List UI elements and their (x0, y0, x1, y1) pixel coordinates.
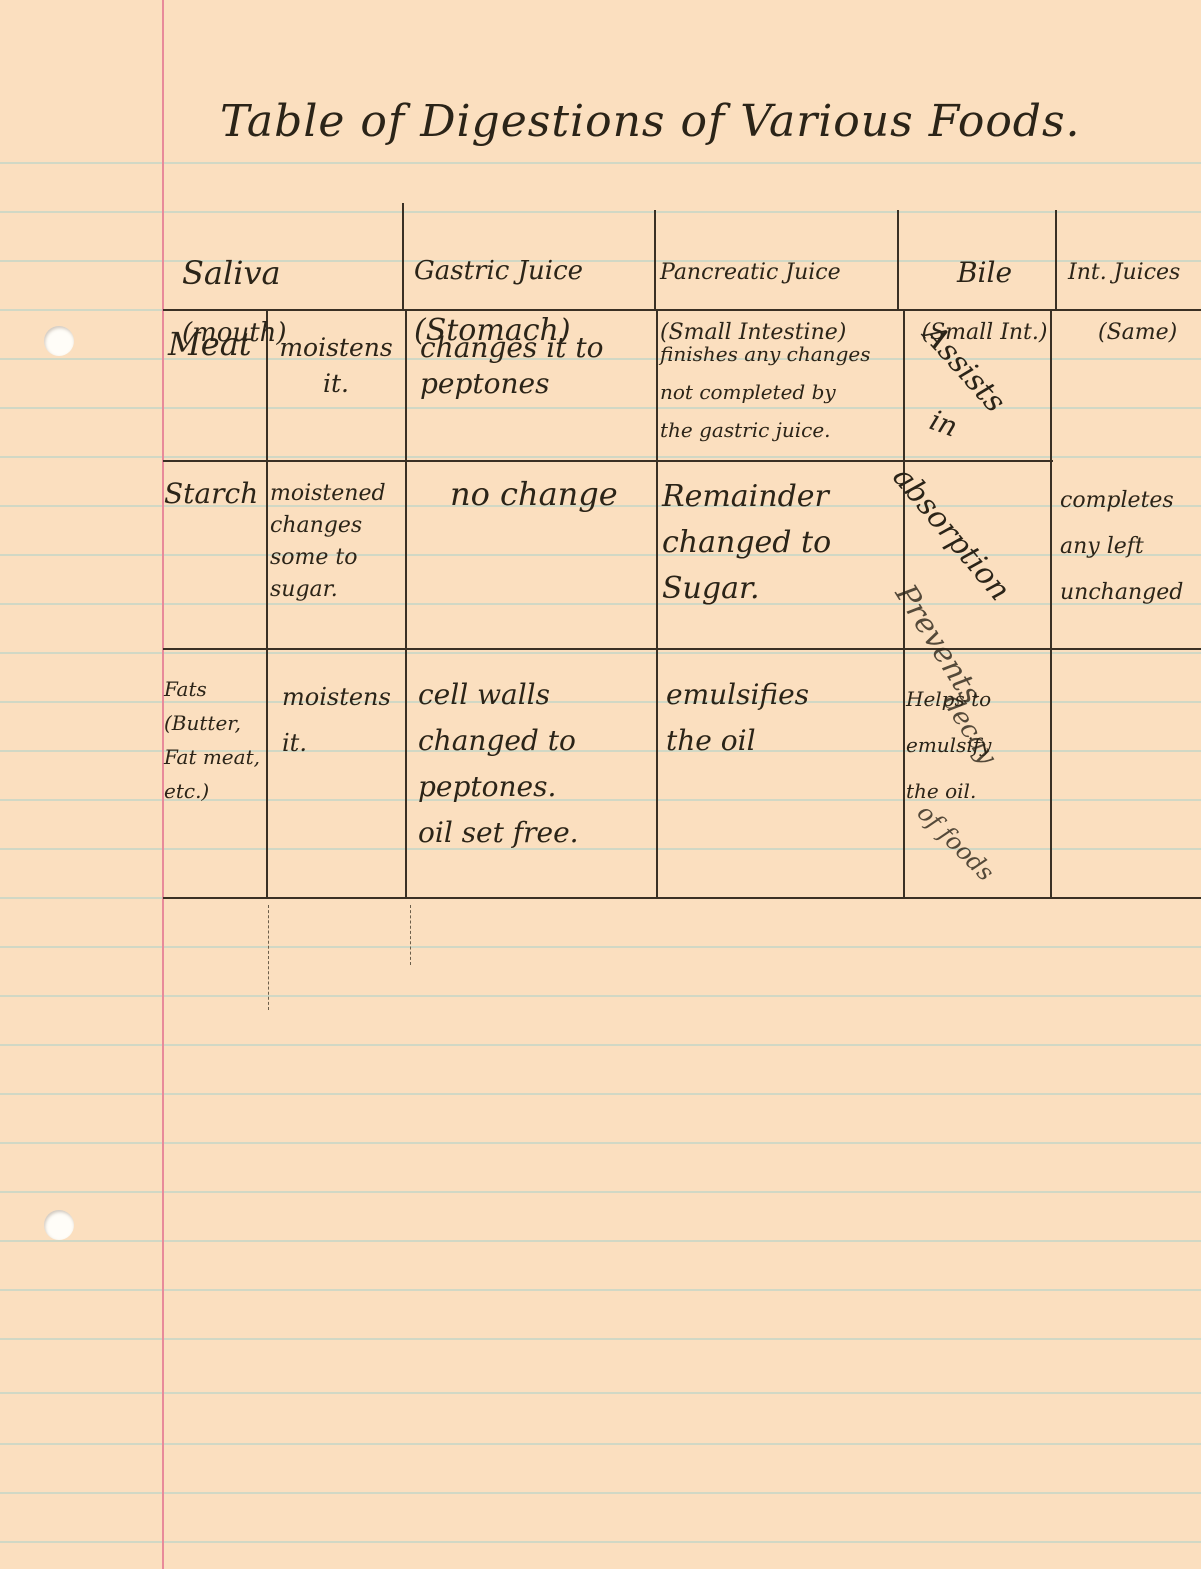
ruled-line (0, 554, 1201, 556)
row-starch-intestinal: completes any left unchanged (1060, 478, 1183, 616)
ruled-line (0, 1541, 1201, 1543)
row-meat-saliva: moistens it. (272, 330, 400, 402)
ruled-line (0, 1142, 1201, 1144)
header-int-juices-name: Int. Juices (1068, 258, 1180, 288)
row-starch-bottom-border (163, 648, 1201, 650)
ruled-line (0, 1044, 1201, 1046)
faint-dashed-line (410, 905, 412, 965)
header-int-juices: Int. Juices (Same) (1068, 228, 1180, 378)
ruled-line (0, 1191, 1201, 1193)
page-title: Table of Digestions of Various Foods. (220, 100, 1081, 144)
ruled-line (0, 1392, 1201, 1394)
header-saliva-name: Saliva (182, 258, 287, 288)
ruled-line (0, 1240, 1201, 1242)
header-bile-name: Bile (912, 258, 1057, 288)
col-divider-pancreatic-bile (897, 210, 899, 310)
row-starch-gastric: no change (450, 476, 618, 512)
col-divider-saliva-gastric-body (405, 311, 407, 897)
ruled-line (0, 407, 1201, 409)
col-divider-gastric-pancreatic (654, 210, 656, 310)
ruled-line (0, 211, 1201, 213)
ruled-line (0, 848, 1201, 850)
row-meat-pancreatic: finishes any changes not completed by th… (660, 335, 870, 449)
col-divider-food-saliva (266, 311, 268, 897)
ruled-line (0, 1443, 1201, 1445)
ruled-line (0, 1289, 1201, 1291)
ruled-line (0, 652, 1201, 654)
row-starch-saliva: moistened changes some to sugar. (270, 478, 386, 606)
header-int-juices-sub: (Same) (1068, 318, 1180, 348)
faint-dashed-line (268, 905, 270, 1010)
row-fats-saliva: moistens it. (282, 674, 391, 766)
ruled-line (0, 995, 1201, 997)
punch-hole-top (44, 326, 74, 356)
row-fats-food: Fats (Butter, Fat meat, etc.) (164, 672, 260, 808)
ruled-line (0, 162, 1201, 164)
row-starch-food: Starch (164, 476, 258, 512)
row-starch-pancreatic: Remainder changed to Sugar. (662, 474, 831, 612)
row-meat-bottom-border (163, 460, 1053, 462)
punch-hole-bottom (44, 1210, 74, 1240)
ruled-line (0, 1492, 1201, 1494)
row-meat-gastric: changes it to peptones (420, 330, 603, 402)
row-fats-pancreatic: emulsifies the oil (666, 672, 809, 764)
ruled-line (0, 456, 1201, 458)
table-bottom-border (163, 897, 1201, 899)
col-divider-gastric-pancreatic-body (656, 311, 658, 897)
col-divider-saliva-gastric (402, 203, 404, 311)
row-fats-gastric: cell walls changed to peptones. oil set … (418, 672, 579, 856)
ruled-line (0, 1093, 1201, 1095)
row-meat-food: Meat (168, 326, 252, 362)
header-pancreatic-name: Pancreatic Juice (660, 258, 846, 288)
ruled-line (0, 1338, 1201, 1340)
ruled-line (0, 946, 1201, 948)
col-divider-bile-int-body (1050, 311, 1052, 897)
ruled-line (0, 603, 1201, 605)
header-gastric-name: Gastric Juice (414, 256, 583, 286)
